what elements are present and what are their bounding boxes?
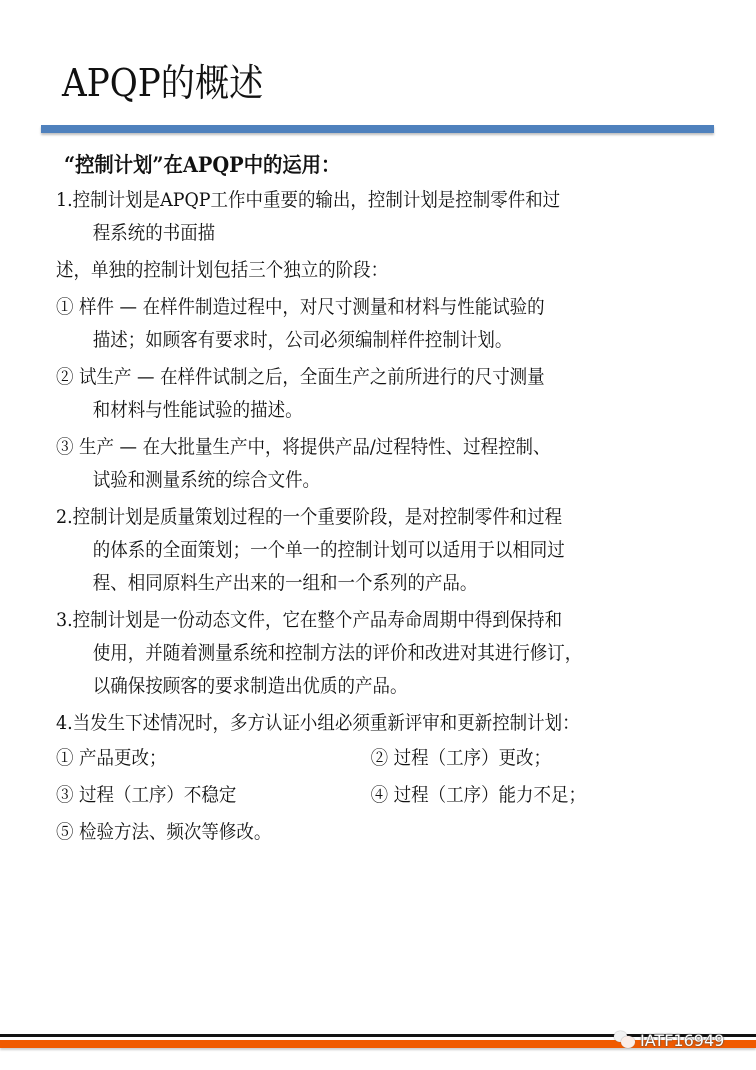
condition-3: ③ 过程（工序）不稳定 bbox=[56, 777, 371, 814]
phase-2-line-2: 和材料与性能试验的描述。 bbox=[56, 394, 682, 427]
phase-3-line-1: ③ 生产 — 在大批量生产中，将提供产品/过程特性、过程控制、 bbox=[56, 431, 682, 464]
phase-3: ③ 生产 — 在大批量生产中，将提供产品/过程特性、过程控制、 试验和测量系统的… bbox=[56, 431, 682, 497]
item-1: 1.控制计划是APQP工作中重要的输出，控制计划是控制零件和过 程系统的书面描 … bbox=[56, 184, 682, 287]
phase-1: ① 样件 — 在样件制造过程中，对尺寸测量和材料与性能试验的 描述；如顾客有要求… bbox=[56, 291, 682, 357]
slide-body: “控制计划”在APQP中的运用： 1.控制计划是APQP工作中重要的输出，控制计… bbox=[56, 146, 736, 851]
condition-4: ④ 过程（工序）能力不足； bbox=[371, 777, 586, 814]
condition-row-1: ① 产品更改； ② 过程（工序）更改； bbox=[56, 740, 682, 777]
condition-row-3: ⑤ 检验方法、频次等修改。 bbox=[56, 814, 682, 851]
wechat-icon bbox=[614, 1031, 636, 1049]
phase-1-line-1: ① 样件 — 在样件制造过程中，对尺寸测量和材料与性能试验的 bbox=[56, 291, 682, 324]
title-divider bbox=[41, 125, 714, 133]
watermark-text: IATF16949 bbox=[640, 1031, 724, 1050]
phase-2: ② 试生产 — 在样件试制之后，全面生产之前所进行的尺寸测量 和材料与性能试验的… bbox=[56, 361, 682, 427]
item-2-line-3: 程、相同原料生产出来的一组和一个系列的产品。 bbox=[56, 567, 682, 600]
slide-title: APQP的概述 bbox=[62, 52, 263, 107]
item-4-line-1: 4.当发生下述情况时，多方认证小组必须重新评审和更新控制计划： bbox=[56, 707, 682, 740]
phase-3-line-2: 试验和测量系统的综合文件。 bbox=[56, 464, 682, 497]
item-2-line-2: 的体系的全面策划；一个单一的控制计划可以适用于以相同过 bbox=[56, 534, 682, 567]
item-3-line-1: 3.控制计划是一份动态文件，它在整个产品寿命周期中得到保持和 bbox=[56, 604, 682, 637]
section-subtitle: “控制计划”在APQP中的运用： bbox=[64, 146, 682, 184]
item-1-line-1: 1.控制计划是APQP工作中重要的输出，控制计划是控制零件和过 bbox=[56, 184, 682, 217]
item-1-line-3: 述，单独的控制计划包括三个独立的阶段： bbox=[56, 254, 682, 287]
item-4: 4.当发生下述情况时，多方认证小组必须重新评审和更新控制计划： bbox=[56, 707, 682, 740]
condition-row-2: ③ 过程（工序）不稳定 ④ 过程（工序）能力不足； bbox=[56, 777, 682, 814]
watermark: IATF16949 bbox=[614, 1028, 724, 1052]
phase-1-line-2: 描述；如顾客有要求时，公司必须编制样件控制计划。 bbox=[56, 324, 682, 357]
item-3-line-2: 使用，并随着测量系统和控制方法的评价和改进对其进行修订， bbox=[56, 637, 682, 670]
item-2-line-1: 2.控制计划是质量策划过程的一个重要阶段，是对控制零件和过程 bbox=[56, 501, 682, 534]
item-3-line-3: 以确保按顾客的要求制造出优质的产品。 bbox=[56, 670, 682, 703]
phase-2-line-1: ② 试生产 — 在样件试制之后，全面生产之前所进行的尺寸测量 bbox=[56, 361, 682, 394]
condition-1: ① 产品更改； bbox=[56, 740, 371, 777]
condition-5: ⑤ 检验方法、频次等修改。 bbox=[56, 814, 371, 851]
item-3: 3.控制计划是一份动态文件，它在整个产品寿命周期中得到保持和 使用，并随着测量系… bbox=[56, 604, 682, 703]
item-2: 2.控制计划是质量策划过程的一个重要阶段，是对控制零件和过程 的体系的全面策划；… bbox=[56, 501, 682, 600]
condition-2: ② 过程（工序）更改； bbox=[371, 740, 551, 777]
item-1-line-2: 程系统的书面描 bbox=[56, 217, 682, 250]
